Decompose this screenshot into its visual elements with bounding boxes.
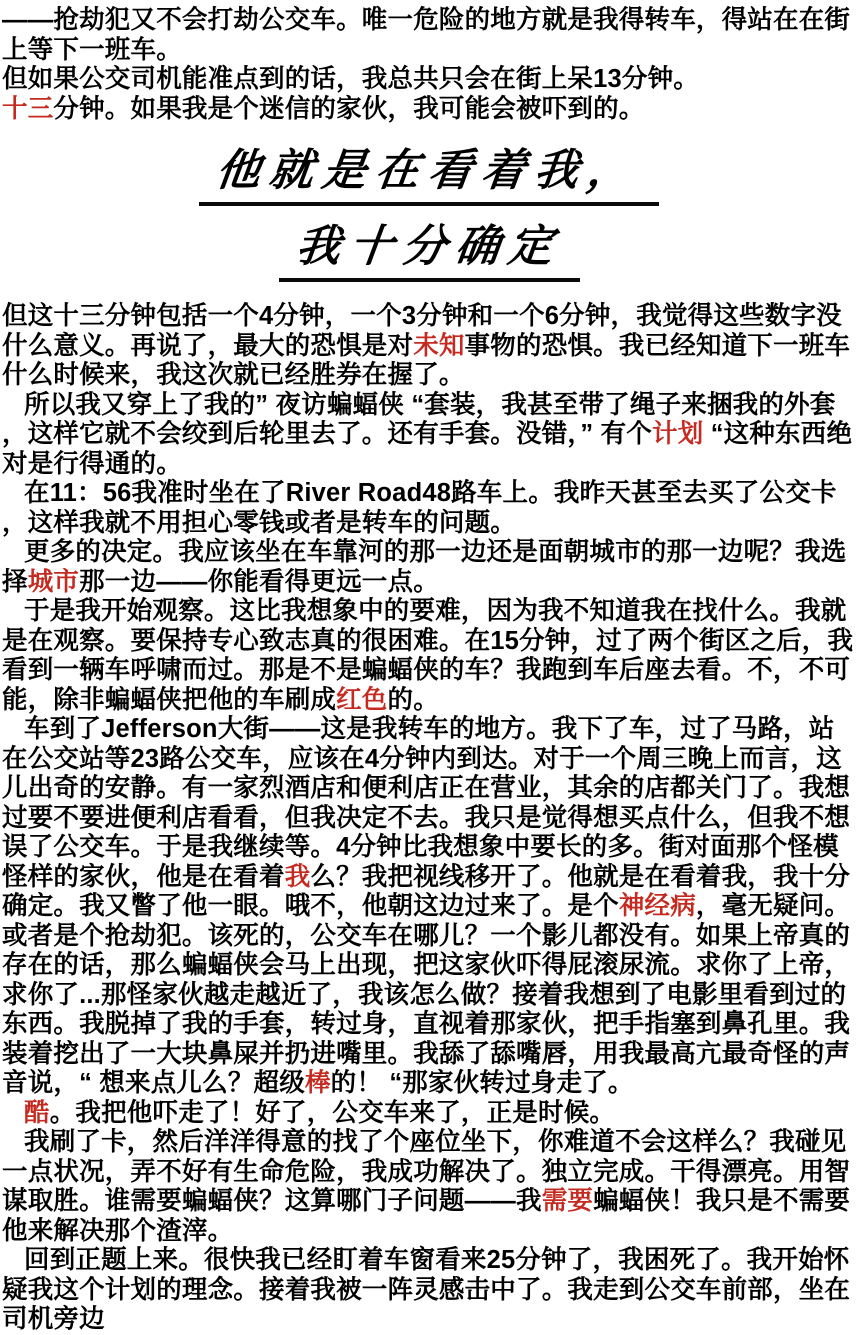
calligraphy-block: 他就是在看着我， 我十分确定	[2, 134, 856, 286]
paragraph: 回到正题上来。很快我已经盯着车窗看来25分钟了，我困死了。我开始怀疑我这个计划的…	[2, 1246, 856, 1335]
document-page: ——抢劫犯又不会打劫公交车。唯一危险的地方就是我得转车，得站在在街上等下一班车。…	[0, 0, 858, 1335]
paragraph: 酷。我把他吓走了！好了，公交车来了，正是时候。	[2, 1099, 856, 1129]
body-text: ，毫无疑问。或者是个抢劫犯。该死的，公交车在哪儿？一个影儿都没有。如果上帝真的存…	[2, 892, 850, 1097]
paragraph: 我刷了卡，然后洋洋得意的找了个座位坐下，你难道不会这样么？我碰见一点状况，弄不好…	[2, 1128, 856, 1246]
paragraphs-top: ——抢劫犯又不会打劫公交车。唯一危险的地方就是我得转车，得站在在街上等下一班车。…	[2, 6, 856, 124]
body-text: ——抢劫犯又不会打劫公交车。唯一危险的地方就是我得转车，得站在在街上等下一班车。	[2, 6, 850, 64]
body-text: 分钟。如果我是个迷信的家伙，我可能会被吓到的。	[53, 95, 644, 123]
highlighted-red-text: 棒	[305, 1069, 331, 1097]
paragraph: 但如果公交司机能准点到的话，我总共只会在街上呆13分钟。	[2, 65, 856, 95]
paragraph: 车到了Jefferson大街——这是我转车的地方。我下了车，过了马路，站在公交站…	[2, 715, 856, 1099]
paragraph: 但这十三分钟包括一个4分钟，一个3分钟和一个6分钟，我觉得这些数字没什么意义。再…	[2, 302, 856, 391]
highlighted-red-text: 神经病	[619, 892, 696, 920]
paragraph: 十三分钟。如果我是个迷信的家伙，我可能会被吓到的。	[2, 95, 856, 125]
highlighted-red-text: 红色	[336, 686, 387, 714]
body-text: 。我把他吓走了！好了，公交车来了，正是时候。	[50, 1099, 615, 1127]
body-text: 那一边——你能看得更远一点。	[79, 568, 439, 596]
calligraphy-text-1: 他就是在看着我，	[213, 134, 645, 198]
calligraphy-line-2: 我十分确定	[2, 210, 856, 286]
highlighted-red-text: 酷	[24, 1099, 50, 1127]
highlighted-red-text: 需要	[542, 1187, 593, 1215]
body-text: 在11：56我准时坐在了River Road48路车上。我昨天甚至去买了公交卡，…	[2, 479, 837, 537]
paragraph: 更多的决定。我应该坐在车靠河的那一边还是面朝城市的那一边呢？我选择城市那一边——…	[2, 538, 856, 597]
body-text: 但如果公交司机能准点到的话，我总共只会在街上呆13分钟。	[2, 65, 699, 93]
highlighted-red-text: 我	[285, 863, 311, 891]
paragraph: 于是我开始观察。这比我想象中的要难，因为我不知道我在找什么。我就是在观察。要保持…	[2, 597, 856, 715]
paragraph: ——抢劫犯又不会打劫公交车。唯一危险的地方就是我得转车，得站在在街上等下一班车。	[2, 6, 856, 65]
body-text: 回到正题上来。很快我已经盯着车窗看来25分钟了，我困死了。我开始怀疑我这个计划的…	[2, 1246, 850, 1333]
calligraphy-underline: 他就是在看着我，	[199, 134, 659, 206]
calligraphy-text-2: 我十分确定	[293, 210, 566, 274]
body-text: 的。	[388, 686, 439, 714]
calligraphy-line-1: 他就是在看着我，	[2, 134, 856, 210]
paragraph: 在11：56我准时坐在了River Road48路车上。我昨天甚至去买了公交卡，…	[2, 479, 856, 538]
highlighted-red-text: 未知	[413, 332, 464, 360]
body-text: 的！ “那家伙转过身走了。	[331, 1069, 634, 1097]
highlighted-red-text: 计划	[652, 420, 703, 448]
paragraph: 所以我又穿上了我的” 夜访蝙蝠侠 “套装，我甚至带了绳子来捆我的外套，这样它就不…	[2, 391, 856, 480]
highlighted-red-text: 十三	[2, 95, 53, 123]
calligraphy-underline: 我十分确定	[279, 210, 580, 282]
highlighted-red-text: 城市	[28, 568, 79, 596]
paragraphs-bottom: 但这十三分钟包括一个4分钟，一个3分钟和一个6分钟，我觉得这些数字没什么意义。再…	[2, 302, 856, 1335]
